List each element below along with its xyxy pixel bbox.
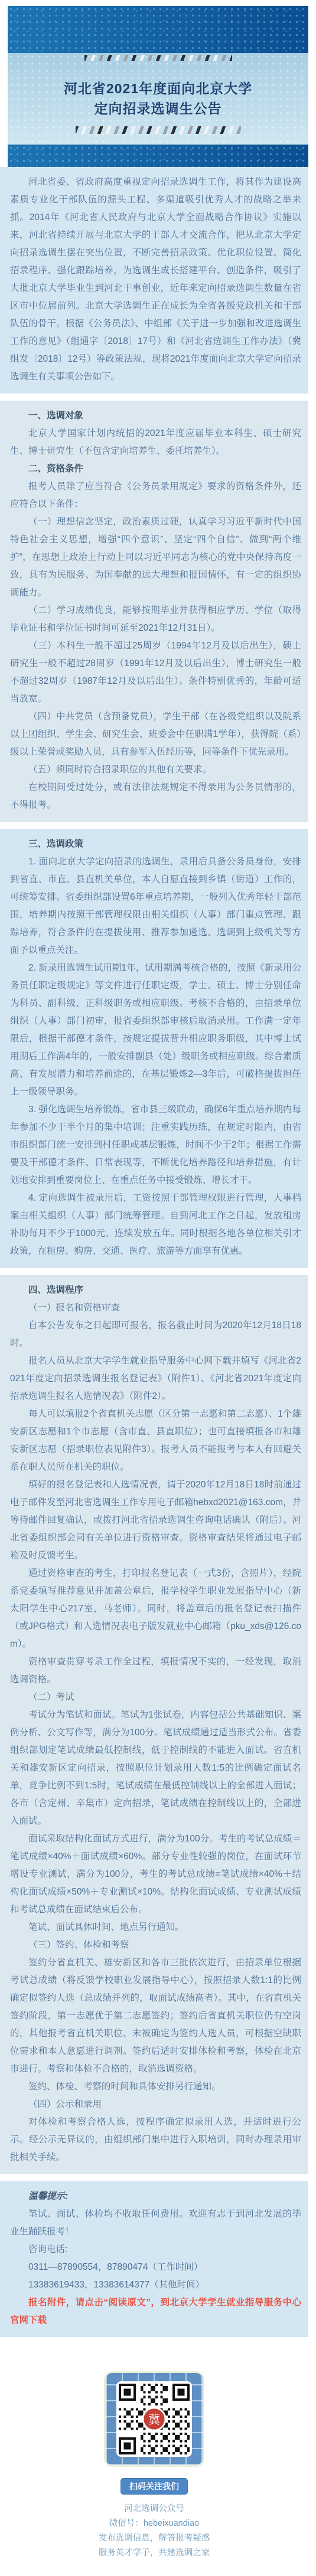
paragraph: （三）签约、体检和考察: [10, 1936, 301, 1954]
content-block: 一、选调对象北京大学国家计划内统招的2021年度应届毕业本科生、硕士研究生、博士…: [0, 401, 308, 822]
page: 河北省2021年度面向北京大学 定向招录选调生公告 河北省委、省政府高度重视定向…: [0, 6, 308, 2576]
paragraph: 13383619433，13383614377（其他时间）: [10, 2276, 301, 2294]
paragraph: （一）报名和资格审查: [10, 1299, 301, 1317]
qr-card: 冀: [104, 2371, 204, 2467]
banner-top-band: [8, 6, 308, 53]
section-heading: 一、选调对象: [10, 407, 301, 425]
section-heading: 二、资格条件: [10, 460, 301, 478]
paragraph: （二）考试: [10, 1689, 301, 1706]
paragraph: （五）须同时符合招录职位的其他有关要求。: [10, 761, 301, 779]
qr-inner-panel: 冀: [116, 2381, 192, 2457]
paragraph: 通过资格审查的考生，打印报名登记表（一式3份，含照片），经院系党委填写推荐意见并…: [10, 1565, 301, 1653]
paragraph: 自本公告发布之日起即可报名，报名截止时间为2020年12月18日18时。: [10, 1317, 301, 1352]
paragraph: （二）学习成绩优良，能够按期毕业并获得相应学历、学位（取得毕业证书和学位证书时间…: [10, 602, 301, 637]
paragraph: 考试分为笔试和面试。笔试为1张试卷，内容包括公共基础知识、案例分析、公文写作等，…: [10, 1706, 301, 1830]
paragraph: 填好的报名登记表和人选情况表，请于2020年12月18日18时前通过电子邮件发至…: [10, 1476, 301, 1565]
paragraph: 4. 定向选调生被录用后，工资按照干部管理权限进行管理，人事档案由相关组织（人事…: [10, 1189, 301, 1260]
section-heading: 四、选调程序: [10, 1282, 301, 1299]
attachment-notice: 报名附件，请点击“阅读原文”，到北京大学学生就业指导服务中心官网下载: [10, 2294, 301, 2329]
paragraph: 北京大学国家计划内统招的2021年度应届毕业本科生、硕士研究生、博士研究生（不包…: [10, 425, 301, 460]
paragraph: 河北省委、省政府高度重视定向招录选调生工作，将其作为建设高素质专业化干部队伍的源…: [10, 173, 301, 386]
follow-button[interactable]: 扫码关注我们: [120, 2478, 188, 2495]
paragraph: 3. 强化选调生培养锻炼，省市县三级联动，确保6年重点培养期内每年参加不少于半个…: [10, 1101, 301, 1189]
slash-decoration-top: [84, 55, 232, 61]
slash-decoration-bottom: [76, 126, 241, 134]
svg-text:冀: 冀: [148, 2413, 161, 2427]
tips-heading: 温馨提示:: [10, 2188, 301, 2205]
section-heading: 三、选调政策: [10, 835, 301, 853]
content-block: 四、选调程序（一）报名和资格审查自本公告发布之日起即可报名，报名截止时间为202…: [0, 1275, 308, 2174]
paragraph: 0311—87890554，87890474（工作时间）: [10, 2259, 301, 2276]
paragraph: 签约、体检、考察的时间和具体安排另行通知。: [10, 2078, 301, 2096]
paragraph: （四）中共党员（含预备党员），学生干部（在各级党组织以及院系以上团组织、学生会、…: [10, 708, 301, 761]
paragraph: 报名人员从北京大学学生就业指导服务中心网下载并填写《河北省2021年度定向招录选…: [10, 1352, 301, 1405]
content-block: 三、选调政策1. 面向北京大学定向招录的选调生，录用后具备公务员身份，安排到省直…: [0, 829, 308, 1268]
footer-wechat-id: 微信号：hebeixuandiao: [0, 2516, 308, 2531]
paragraph: 1. 面向北京大学定向招录的选调生，录用后具备公务员身份，安排到省直、市直、县直…: [10, 853, 301, 959]
paragraph: 面试采取结构化面试方式进行，满分为100分。考生的考试总成绩＝笔试成绩×40%＋…: [10, 1830, 301, 1919]
paragraph: 2. 新录用选调生试用期1年，试用期满考核合格的，按照《新录用公务员任职定级规定…: [10, 959, 301, 1101]
paragraph: （三）本科生一般不超过25周岁（1994年12月及以后出生），硕士研究生一般不超…: [10, 637, 301, 708]
page-title-line1: 河北省2021年度面向北京大学: [8, 78, 308, 99]
page-title: 河北省2021年度面向北京大学 定向招录选调生公告: [8, 78, 308, 119]
banner-bottom-band: [8, 145, 308, 167]
paragraph: （一）理想信念坚定，政治素质过硬，认真学习习近平新时代中国特色社会主义思想，增强…: [10, 513, 301, 602]
paragraph: 对体检和考察合格人选，按程序确定拟录用人选，并适时进行公示。经公示无异议的，由组…: [10, 2113, 301, 2167]
footer-slogan-line1: 发布选调信息，解答报考疑惑: [0, 2531, 308, 2546]
article-blocks: 河北省委、省政府高度重视定向招录选调生工作，将其作为建设高素质专业化干部队伍的源…: [0, 167, 308, 2337]
footer-slogan-line2: 服务英才学子，共建选调之家: [0, 2546, 308, 2561]
footer: 冀 扫码关注我们 河北选调公众号 微信号：hebeixuandiao 发布选调信…: [0, 2337, 308, 2576]
paragraph: 签约分省直机关、雄安新区和各市三批依次进行，由招录单位根据考试总成绩（将反馈学校…: [10, 1954, 301, 2078]
paragraph: 在校期间受过处分，或有法律法规规定不得录用为公务员情形的，不得报考。: [10, 779, 301, 814]
paragraph: 咨询电话:: [10, 2241, 301, 2259]
content-block: 温馨提示:笔试、面试、体检均不收取任何费用。欢迎有志于到河北发展的毕业生踊跃报考…: [0, 2181, 308, 2337]
content-block: 河北省委、省政府高度重视定向招录选调生工作，将其作为建设高素质专业化干部队伍的源…: [0, 167, 308, 394]
header-banner: 河北省2021年度面向北京大学 定向招录选调生公告: [8, 6, 308, 167]
paragraph: 每人可以填报2个省直机关志愿（区分第一志愿和第二志愿）、1个雄安新区志愿和1个市…: [10, 1405, 301, 1476]
footer-account-name: 河北选调公众号: [0, 2502, 308, 2516]
paragraph: 报考人员除了应当符合《公务员录用规定》要求的资格条件外，还应符合以下条件：: [10, 478, 301, 513]
paragraph: 资格审查贯穿考录工作全过程，填报情况不实的，一经发现，取消选调资格。: [10, 1653, 301, 1689]
paragraph: （四）公示和录用: [10, 2096, 301, 2113]
banner-middle-band: 河北省2021年度面向北京大学 定向招录选调生公告: [8, 53, 308, 145]
paragraph: 笔试、面试、体检均不收取任何费用。欢迎有志于到河北发展的毕业生踊跃报考！: [10, 2205, 301, 2241]
page-title-line2: 定向招录选调生公告: [8, 99, 308, 119]
qr-code: 冀: [119, 2384, 190, 2454]
footer-lines: 河北选调公众号 微信号：hebeixuandiao 发布选调信息，解答报考疑惑 …: [0, 2502, 308, 2561]
paragraph: 笔试、面试具体时间、地点另行通知。: [10, 1919, 301, 1936]
